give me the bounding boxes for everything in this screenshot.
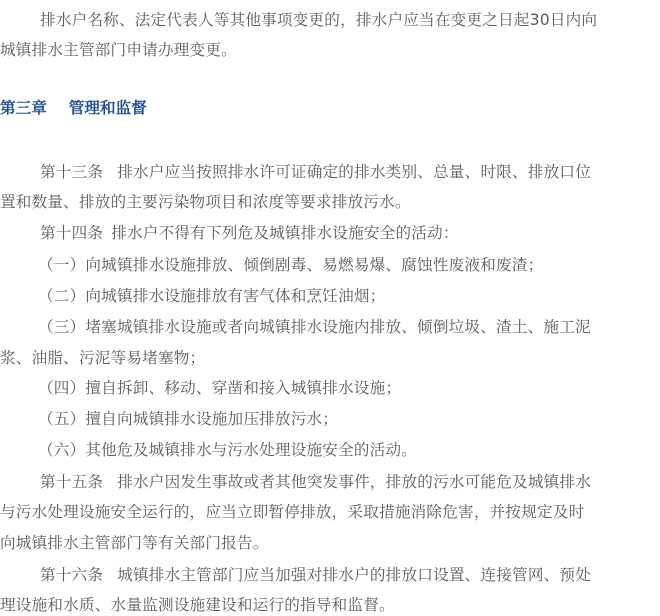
article-15-line-1: 第十五条排水户因发生事故或者其他突发事件，排放的污水可能危及城镇排水 — [0, 472, 660, 492]
item-label: （六） — [38, 441, 85, 459]
item-label: （三） — [38, 318, 85, 336]
chapter-heading: 第三章管理和监督 — [0, 98, 147, 118]
intro-line-1: 排水户名称、法定代表人等其他事项变更的，排水户应当在变更之日起30日内向 — [0, 10, 660, 30]
article-14-item-4: （四）擅自拆卸、移动、穿凿和接入城镇排水设施； — [0, 378, 660, 398]
article-14-line-1: 第十四条排水户不得有下列危及城镇排水设施安全的活动： — [0, 223, 660, 243]
article-16-text: 城镇排水主管部门应当加强对排水户的排放口设置、连接管网、预处 — [117, 566, 591, 584]
article-14-item-6: （六）其他危及城镇排水与污水处理设施安全的活动。 — [0, 440, 660, 460]
intro-line-2: 城镇排水主管部门申请办理变更。 — [0, 40, 660, 60]
item-label: （二） — [38, 287, 85, 305]
item-text: 其他危及城镇排水与污水处理设施安全的活动。 — [85, 441, 417, 459]
item-label: （五） — [38, 410, 85, 428]
item-label: （四） — [38, 379, 85, 397]
article-15-number: 第十五条 — [40, 473, 103, 491]
chapter-title: 管理和监督 — [69, 99, 147, 117]
article-13-line-1: 第十三条排水户应当按照排水许可证确定的排水类别、总量、时限、排放口位 — [0, 162, 660, 182]
article-13-line-2: 置和数量、排放的主要污染物项目和浓度等要求排放污水。 — [0, 192, 660, 212]
article-13-text: 排水户应当按照排水许可证确定的排水类别、总量、时限、排放口位 — [117, 163, 591, 181]
article-14-number: 第十四条 — [40, 224, 103, 242]
article-14-item-3-cont: 浆、油脂、污泥等易堵塞物； — [0, 348, 660, 368]
item-text: 向城镇排水设施排放、倾倒剧毒、易燃易爆、腐蚀性废液和废渣； — [85, 256, 543, 274]
item-label: （一） — [38, 256, 85, 274]
article-13-number: 第十三条 — [40, 163, 103, 181]
article-15-line-3: 向城镇排水主管部门等有关部门报告。 — [0, 533, 660, 553]
article-16-number: 第十六条 — [40, 566, 103, 584]
article-14-text: 排水户不得有下列危及城镇排水设施安全的活动： — [111, 224, 458, 242]
article-16-line-2: 理设施和水质、水量监测设施建设和运行的指导和监督。 — [0, 595, 660, 615]
article-15-line-2: 与污水处理设施安全运行的，应当立即暂停排放，采取措施消除危害，并按规定及时 — [0, 502, 660, 522]
chapter-number: 第三章 — [0, 99, 47, 117]
article-15-text: 排水户因发生事故或者其他突发事件，排放的污水可能危及城镇排水 — [117, 473, 591, 491]
article-14-item-5: （五）擅自向城镇排水设施加压排放污水； — [0, 409, 660, 429]
item-text: 擅自向城镇排水设施加压排放污水； — [85, 410, 338, 428]
item-text: 堵塞城镇排水设施或者向城镇排水设施内排放、倾倒垃圾、渣土、施工泥 — [85, 318, 590, 336]
article-14-item-3: （三）堵塞城镇排水设施或者向城镇排水设施内排放、倾倒垃圾、渣土、施工泥 — [0, 317, 660, 337]
article-14-item-1: （一）向城镇排水设施排放、倾倒剧毒、易燃易爆、腐蚀性废液和废渣； — [0, 255, 660, 275]
article-16-line-1: 第十六条城镇排水主管部门应当加强对排水户的排放口设置、连接管网、预处 — [0, 565, 660, 585]
item-text: 擅自拆卸、移动、穿凿和接入城镇排水设施； — [85, 379, 401, 397]
item-text: 向城镇排水设施排放有害气体和烹饪油烟； — [85, 287, 385, 305]
article-14-item-2: （二）向城镇排水设施排放有害气体和烹饪油烟； — [0, 286, 660, 306]
